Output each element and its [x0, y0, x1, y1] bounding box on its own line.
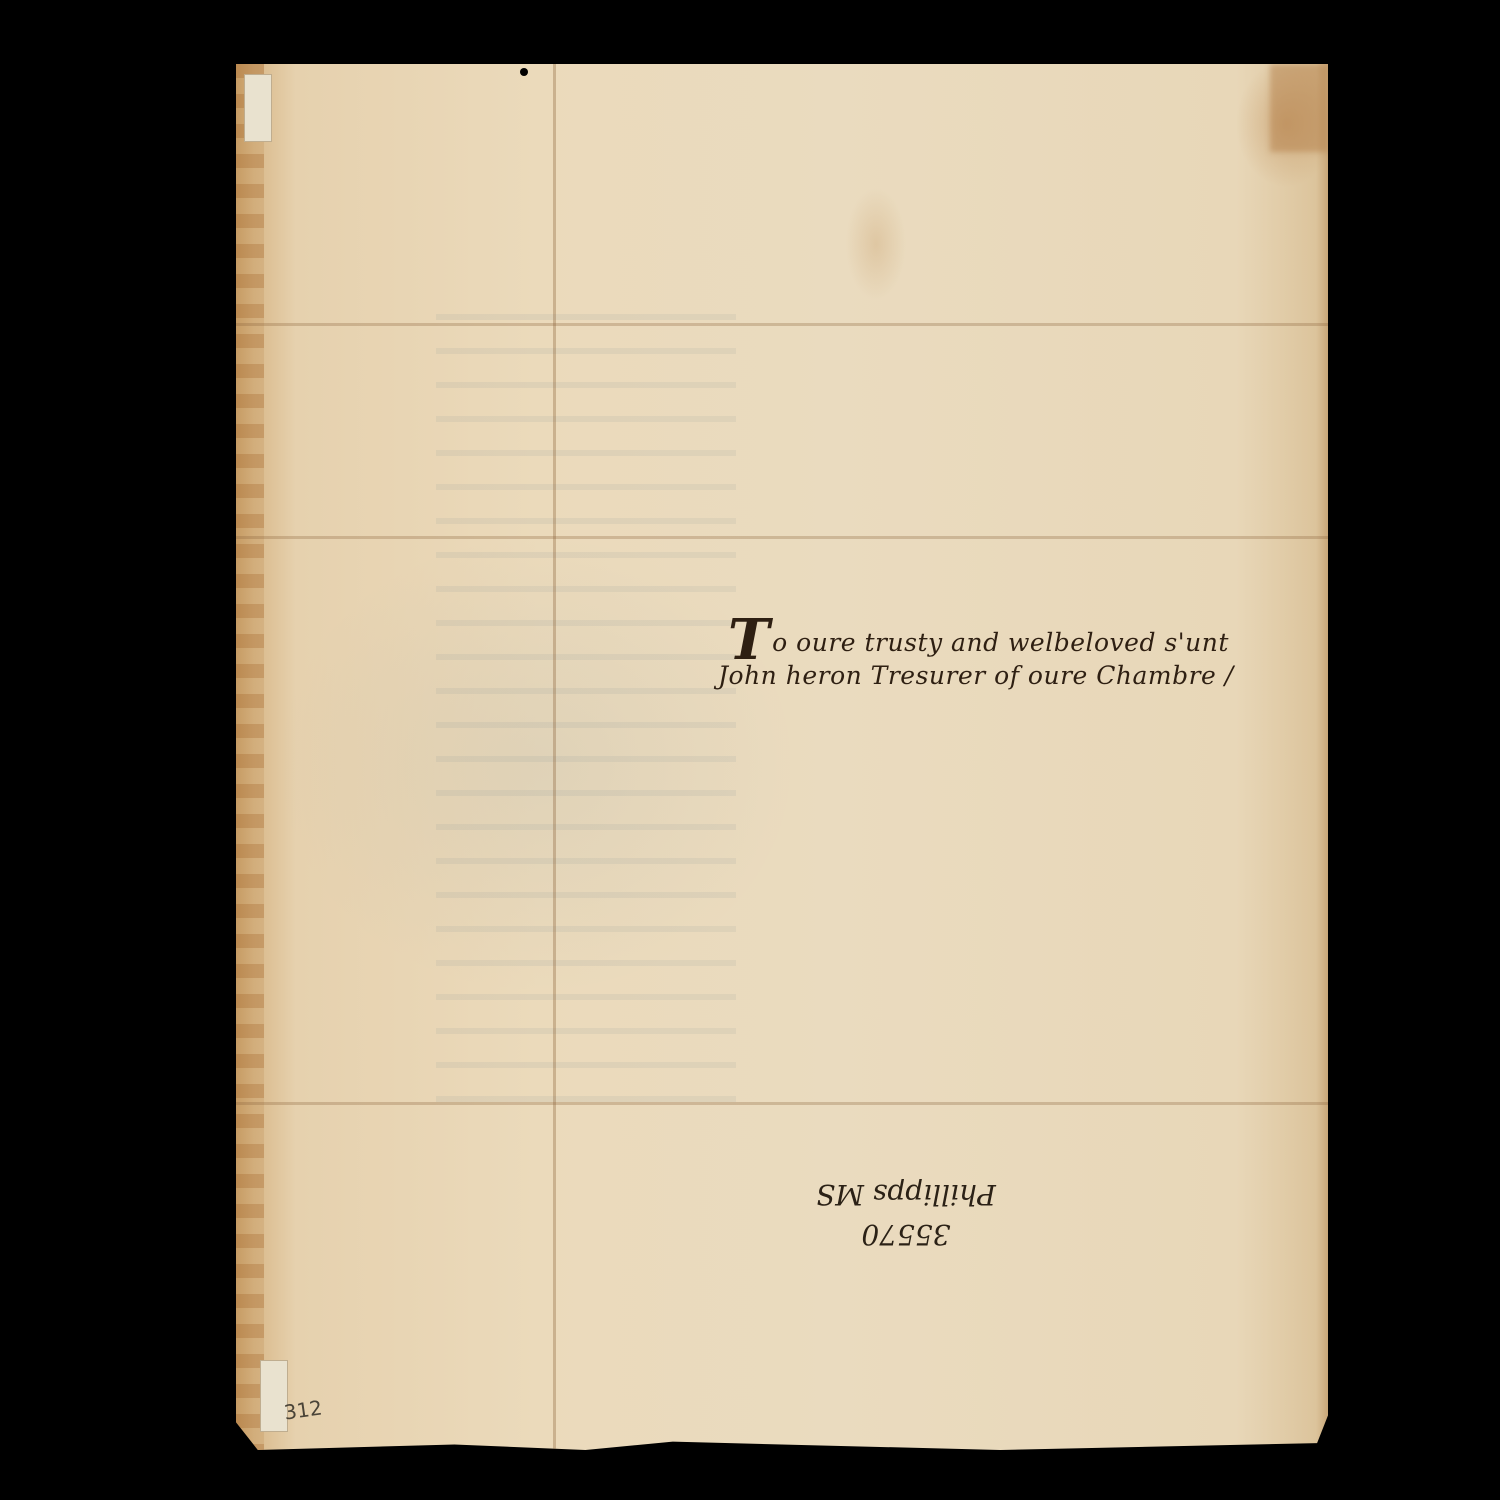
shelfmark-collection: Phillipps MS: [806, 1174, 1006, 1214]
hinge-tab-bottom: [260, 1360, 288, 1432]
ink-show-through: [436, 314, 736, 1114]
corner-stain: [1270, 64, 1328, 152]
manuscript-sheet: To oure trusty and welbeloved s'unt John…: [236, 64, 1328, 1450]
address-line-2: John heron Tresurer of oure Chambre /: [718, 660, 1234, 692]
hinge-tab-top: [244, 74, 272, 142]
edge-stain: [236, 64, 264, 1450]
pencil-note: 312: [283, 1395, 324, 1424]
shelfmark-number: 35570: [806, 1214, 1006, 1254]
horizontal-fold: [236, 1102, 1328, 1105]
address-inscription: To oure trusty and welbeloved s'unt John…: [728, 620, 1234, 692]
address-line-1: o oure trusty and welbeloved s'unt: [772, 628, 1229, 657]
pin-hole: [520, 68, 528, 76]
vertical-fold: [553, 64, 556, 1450]
horizontal-fold: [236, 323, 1328, 326]
shelfmark-inscription: 35570 Phillipps MS: [806, 1174, 1006, 1254]
horizontal-fold: [236, 536, 1328, 539]
